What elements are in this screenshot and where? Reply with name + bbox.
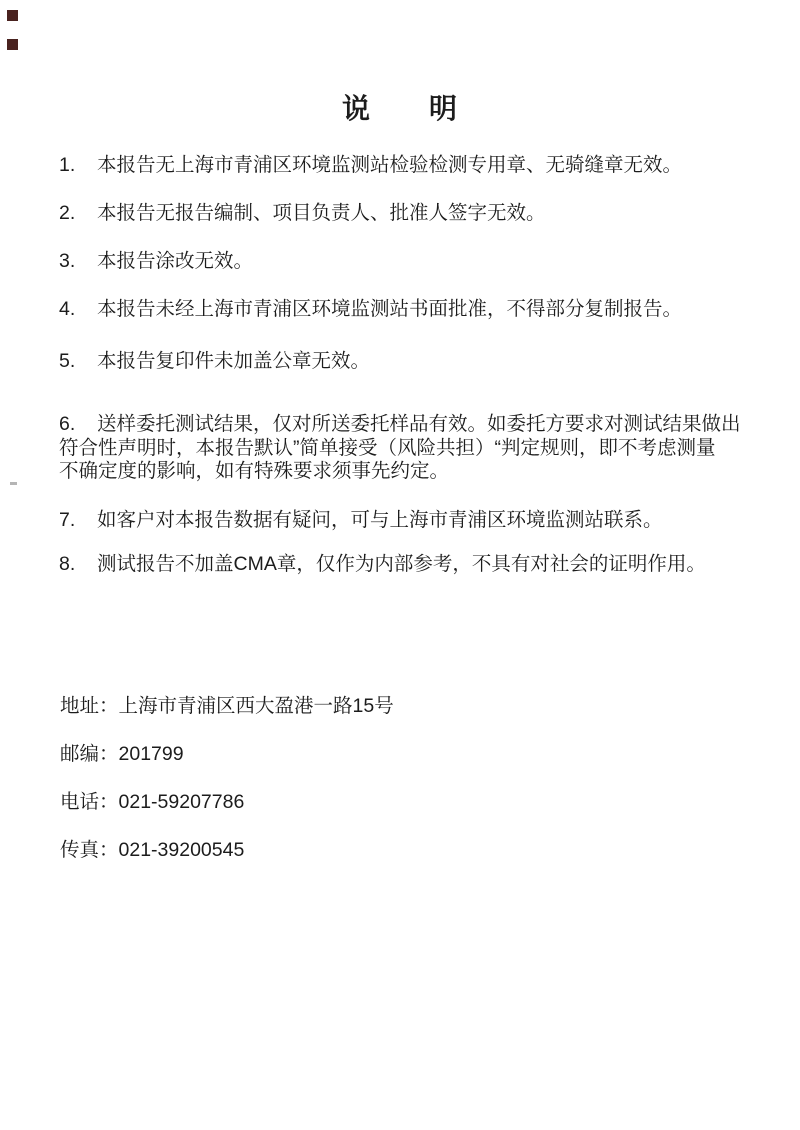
note-text: 如客户对本报告数据有疑问，可与上海市青浦区环境监测站联系。 xyxy=(97,509,663,531)
contact-phone-label: 电话： xyxy=(60,791,119,813)
contact-fax-value: 021-39200545 xyxy=(119,839,245,861)
note-number: 7. xyxy=(59,509,97,533)
note-number: 3. xyxy=(59,250,97,274)
note-number: 2. xyxy=(59,202,97,226)
contact-fax-label: 传真： xyxy=(60,839,119,861)
note-text: 本报告无上海市青浦区环境监测站检验检测专用章、无骑缝章无效。 xyxy=(97,154,682,176)
note-text: 送样委托测试结果，仅对所送委托样品有效。如委托方要求对测试结果做出 符合性声明时… xyxy=(59,413,741,482)
note-number: 4. xyxy=(59,298,97,322)
note-item-2: 2.本报告无报告编制、项目负责人、批准人签字无效。 xyxy=(59,202,760,226)
contact-address-label: 地址： xyxy=(60,695,119,717)
contact-zip: 邮编：201799 xyxy=(60,742,760,766)
note-item-8: 8.测试报告不加盖CMA章，仅作为内部参考，不具有对社会的证明作用。 xyxy=(59,553,760,577)
note-item-6: 6.送样委托测试结果，仅对所送委托样品有效。如委托方要求对测试结果做出 符合性声… xyxy=(59,413,760,484)
scan-artifact-mark xyxy=(7,10,18,21)
contact-address-value: 上海市青浦区西大盈港一路15号 xyxy=(119,695,394,717)
note-number: 1. xyxy=(59,154,97,178)
contact-phone-value: 021-59207786 xyxy=(119,791,245,813)
note-text: 本报告无报告编制、项目负责人、批准人签字无效。 xyxy=(97,202,546,224)
note-item-5: 5.本报告复印件未加盖公章无效。 xyxy=(59,350,760,374)
contact-zip-value: 201799 xyxy=(119,743,184,765)
note-number: 6. xyxy=(59,413,97,437)
note-number: 5. xyxy=(59,350,97,374)
note-item-7: 7.如客户对本报告数据有疑问，可与上海市青浦区环境监测站联系。 xyxy=(59,509,760,533)
scan-artifact-dash xyxy=(10,482,17,485)
note-number: 8. xyxy=(59,553,97,577)
contact-fax: 传真：021-39200545 xyxy=(60,838,760,862)
contact-zip-label: 邮编： xyxy=(60,743,119,765)
note-text: 本报告复印件未加盖公章无效。 xyxy=(97,350,370,372)
note-item-3: 3.本报告涂改无效。 xyxy=(59,250,760,274)
note-text: 本报告未经上海市青浦区环境监测站书面批准，不得部分复制报告。 xyxy=(97,298,682,320)
note-item-1: 1.本报告无上海市青浦区环境监测站检验检测专用章、无骑缝章无效。 xyxy=(59,154,760,178)
contact-phone: 电话：021-59207786 xyxy=(60,790,760,814)
note-item-4: 4.本报告未经上海市青浦区环境监测站书面批准，不得部分复制报告。 xyxy=(59,298,760,322)
note-text: 测试报告不加盖CMA章，仅作为内部参考，不具有对社会的证明作用。 xyxy=(97,553,706,575)
document-page: 说 明 1.本报告无上海市青浦区环境监测站检验检测专用章、无骑缝章无效。 2.本… xyxy=(0,0,800,1130)
page-title: 说 明 xyxy=(0,92,800,126)
note-text: 本报告涂改无效。 xyxy=(97,250,253,272)
scan-artifact-mark xyxy=(7,39,18,50)
contact-address: 地址：上海市青浦区西大盈港一路15号 xyxy=(60,694,760,718)
